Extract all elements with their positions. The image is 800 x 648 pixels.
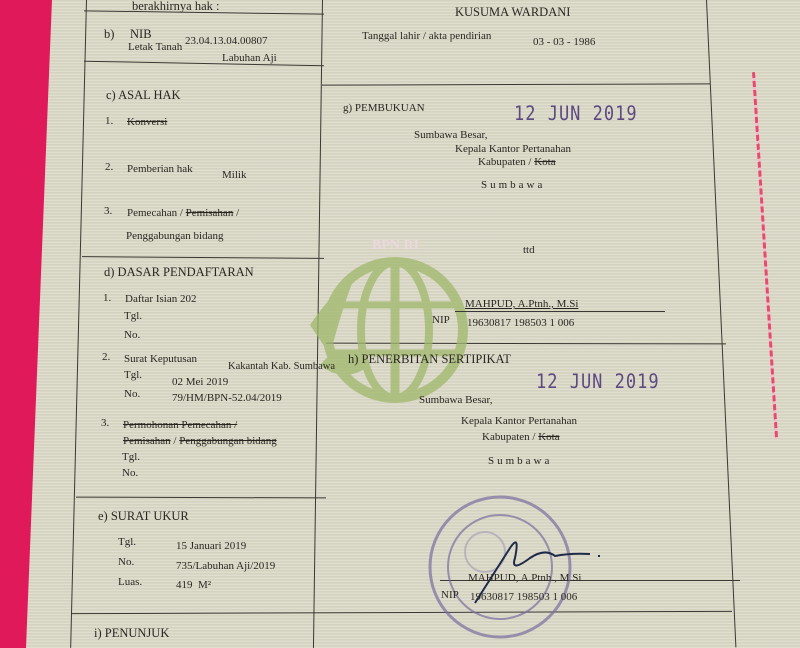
section-i-title: i) PENUNJUK [94,627,169,640]
tgl-label: Tgl. [122,452,140,463]
office-text: Kepala Kantor Pertanahan [455,144,571,155]
binding-thread [752,72,778,439]
nib-value: 23.04.13.04.00807 [185,36,268,47]
keputusan-number: 79/HM/BPN-52.04/2019 [172,393,282,404]
surat-keputusan-label: Surat Keputusan [124,354,197,365]
section-h-title: h) PENERBITAN SERTIPIKAT [348,353,511,366]
signature-line [455,311,665,312]
penggabungan-text: Penggabungan bidang [126,231,223,242]
bpn-logo-watermark-icon: BPN RI [300,235,480,415]
luas-label: Luas. [118,577,142,588]
nip-value: 19630817 198503 1 006 [470,592,577,603]
daftar-isian-label: Daftar Isian 202 [125,294,196,305]
section-d-title: d) DASAR PENDAFTARAN [104,266,254,279]
divider [76,497,326,499]
tgl-label: Tgl. [124,370,142,381]
surat-keputusan-issuer: Kakantah Kab. Sumbawa [228,362,335,373]
item-number: 2. [105,162,113,173]
item-number: 2. [102,352,110,363]
pembukuan-date-stamp: 12 JUN 2019 [514,103,638,126]
top-fragment-text: berakhirnya hak : [132,0,219,13]
right-border [706,0,737,647]
nip-label: NIP [432,315,450,326]
nip-value: 19630817 198503 1 006 [467,318,574,329]
dob-value: 03 - 03 - 1986 [533,37,595,48]
penerbitan-date-stamp: 12 JUN 2019 [536,371,660,394]
nib-label: NIB [130,28,152,41]
divider [322,83,710,86]
no-label: No. [124,330,140,341]
pemberian-hak-label: Pemberian hak [127,164,193,175]
ttd-text: ttd [523,245,535,256]
owner-name: KUSUMA WARDANI [455,6,570,19]
surat-ukur-number: 735/Labuhan Aji/2019 [176,561,275,572]
tgl-label: Tgl. [118,537,136,548]
dob-label: Tanggal lahir / akta pendirian [362,31,491,42]
svg-text:BPN RI: BPN RI [372,238,419,253]
permohonan-text: Permohonan Pemecahan / [123,420,237,431]
item-number: 1. [105,116,113,127]
no-label: No. [124,389,140,400]
divider [84,61,324,67]
official-name: MAHPUD, A.Ptnh., M.Si [465,299,578,310]
divider [72,611,732,614]
no-label: No. [118,557,134,568]
nip-label: NIP [441,590,459,601]
kabupaten-text: Kabupaten / Kota [478,157,556,168]
section-e-title: e) SURAT UKUR [98,510,189,523]
item-number: 3. [104,206,112,217]
tgl-label: Tgl. [124,311,142,322]
pemecahan-text: Pemecahan / Pemisahan / [127,208,239,219]
left-border [70,0,87,648]
location-value: Labuhan Aji [222,53,277,64]
item-number: 1. [103,293,111,304]
certificate-page: BPN RI berakhirnya hak : b) NIB 23.04.13… [0,0,800,648]
official-name: MAHPUD, A.Ptnh., M.Si [468,573,581,584]
keputusan-date: 02 Mei 2019 [172,377,228,388]
luas-value: 419 M² [176,580,211,591]
region-text: Sumbawa [488,456,552,467]
office-text: Kepala Kantor Pertanahan [461,416,577,427]
region-text: Sumbawa [481,180,545,191]
section-c-title: c) ASAL HAK [106,89,181,102]
surat-ukur-date: 15 Januari 2019 [176,541,246,552]
place-text: Sumbawa Besar, [419,395,493,406]
location-label: Letak Tanah [128,42,182,53]
pemisahan-text: Pemisahan / Penggabungan bidang [123,436,277,447]
divider [82,256,324,259]
section-g-title: g) PEMBUKUAN [343,103,425,114]
section-b-label: b) [104,28,114,41]
konversi-text: Konversi [127,117,167,128]
item-number: 3. [101,418,109,429]
pemberian-hak-value: Milik [222,170,246,181]
place-text: Sumbawa Besar, [414,130,488,141]
kabupaten-text: Kabupaten / Kota [482,432,560,443]
no-label: No. [122,468,138,479]
